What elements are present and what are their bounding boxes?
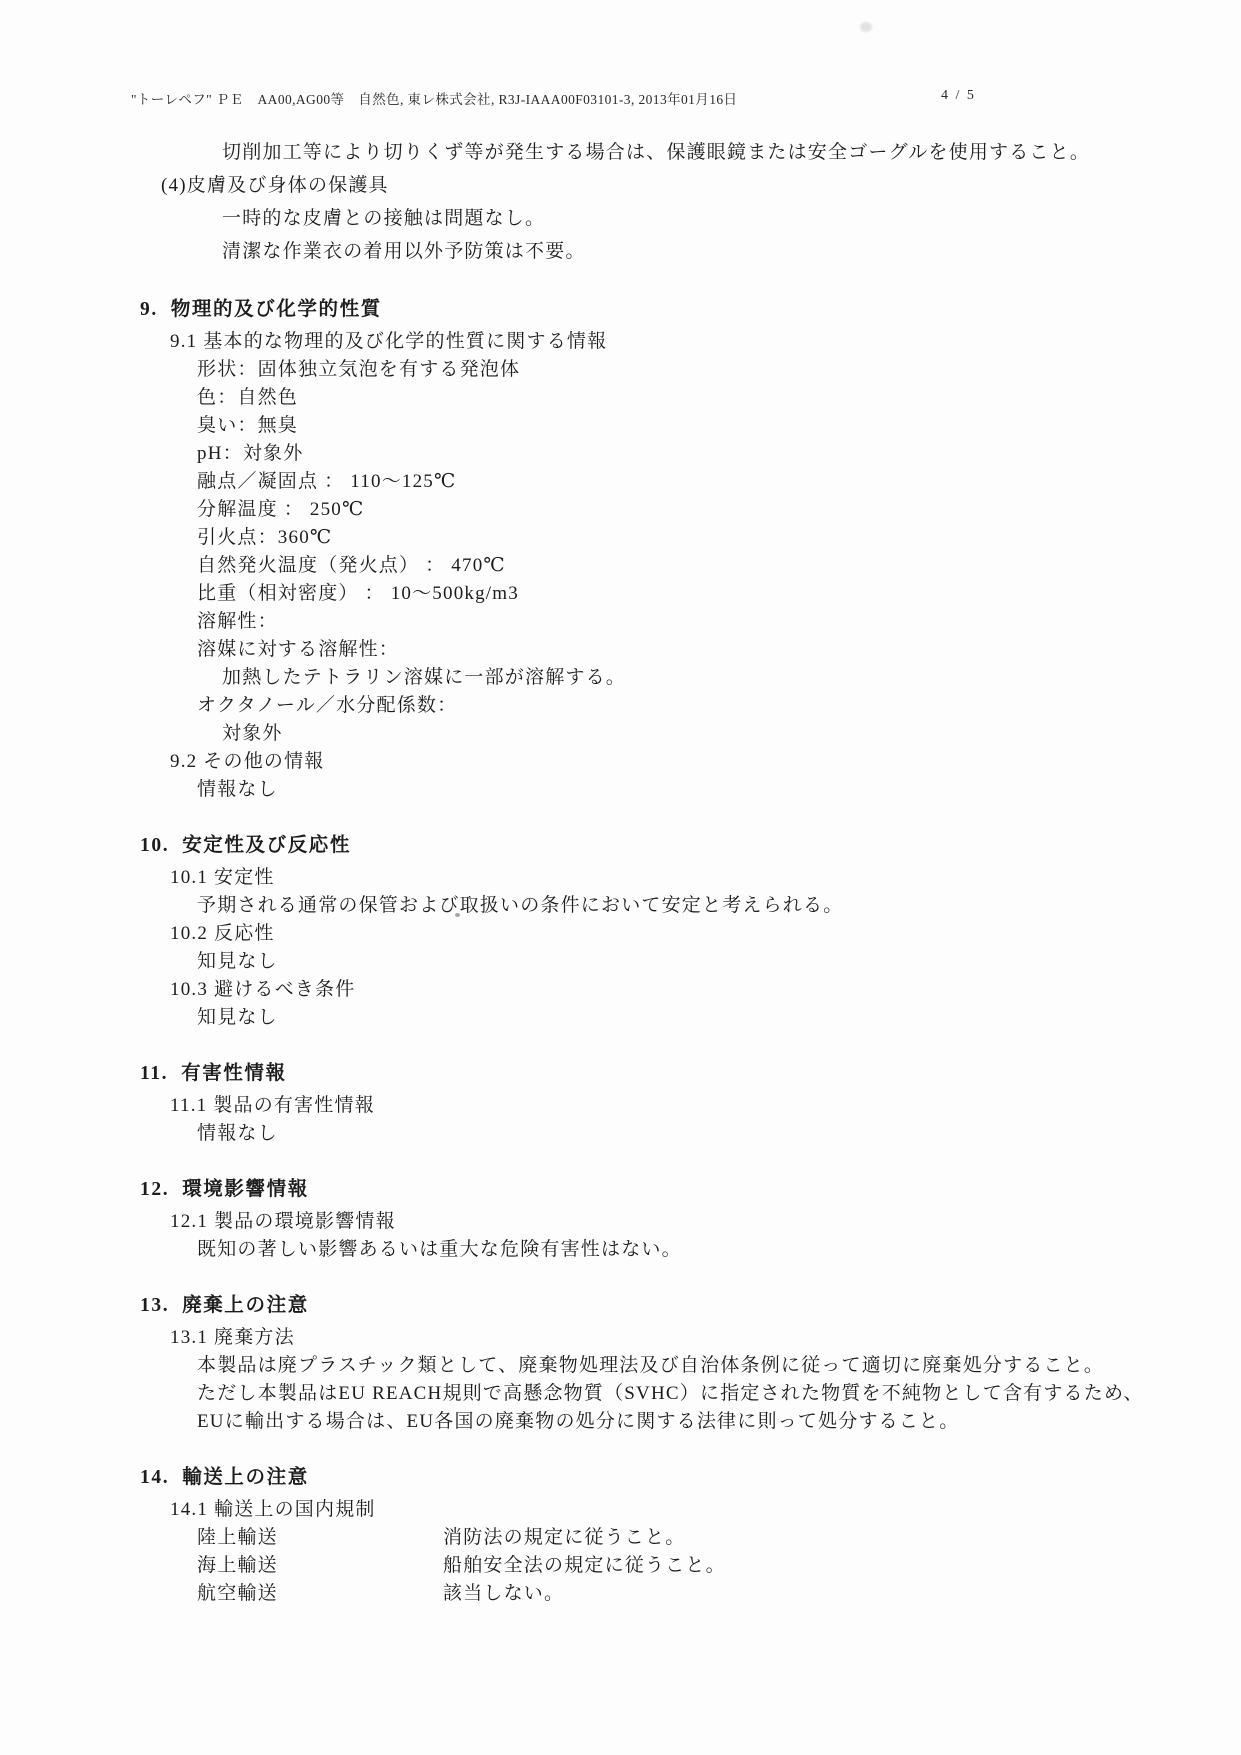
section-number: 11. [140, 1063, 168, 1084]
section-title: 輸送上の注意 [182, 1467, 309, 1488]
section-title: 有害性情報 [181, 1063, 287, 1084]
section-number: 12. [140, 1179, 169, 1200]
text-line: 引火点：360℃ [127, 524, 1187, 552]
document-reference: "トーレペフ" ＰＥ AA00,AG00等 自然色, 東レ株式会社, R3J-I… [131, 92, 737, 107]
text-line: 12.1 製品の環境影響情報 [127, 1208, 1187, 1236]
text-line: 予期される通常の保管および取扱いの条件において安定と考えられる。 [127, 892, 1187, 920]
text-line: 対象外 [127, 720, 1187, 748]
section-lines: 11.1 製品の有害性情報情報なし [127, 1092, 1187, 1148]
section-heading: 10.安定性及び反応性 [127, 831, 1187, 861]
text-line: 9.1 基本的な物理的及び化学的性質に関する情報 [127, 328, 1187, 356]
text-line: 10.3 避けるべき条件 [127, 976, 1187, 1004]
text-line: 10.1 安定性 [127, 864, 1187, 892]
text-line: 10.2 反応性 [127, 920, 1187, 948]
section-title: 物理的及び化学的性質 [171, 299, 382, 320]
text-line: オクタノール／水分配係数： [127, 692, 1187, 720]
section-11-toxicological-information: 11.有害性情報 11.1 製品の有害性情報情報なし [127, 1059, 1187, 1148]
text-line: 情報なし [127, 776, 1187, 804]
text-line: 切削加工等により切りくず等が発生する場合は、保護眼鏡または安全ゴーグルを使用する… [127, 136, 1187, 169]
transport-rule-text: 該当しない。 [443, 1583, 564, 1604]
text-line: 本製品は廃プラスチック類として、廃棄物処理法及び自治体条例に従って適切に廃棄処分… [127, 1352, 1187, 1380]
section-14-transport-information: 14.輸送上の注意 14.1 輸送上の国内規制陸上輸送消防法の規定に従うこと。海… [127, 1463, 1187, 1608]
page-number: 4 / 5 [941, 88, 976, 104]
section-10-stability-reactivity: 10.安定性及び反応性 10.1 安定性予期される通常の保管および取扱いの条件に… [127, 831, 1187, 1032]
section-heading: 12.環境影響情報 [127, 1175, 1187, 1205]
section-title: 廃棄上の注意 [182, 1295, 309, 1316]
text-line: 自然発火温度（発火点） ： 470℃ [127, 552, 1187, 580]
text-line: 情報なし [127, 1120, 1187, 1148]
transport-row: 陸上輸送消防法の規定に従うこと。 [127, 1524, 1187, 1552]
text-line: (4)皮膚及び身体の保護具 [127, 169, 1187, 202]
text-line: 13.1 廃棄方法 [127, 1324, 1187, 1352]
scan-artifact-dot [455, 913, 460, 917]
text-line: 色：自然色 [127, 384, 1187, 412]
transport-row: 海上輸送船舶安全法の規定に従うこと。 [127, 1552, 1187, 1580]
section-number: 9. [140, 299, 158, 320]
text-line: 既知の著しい影響あるいは重大な危険有害性はない。 [127, 1236, 1187, 1264]
text-line: 融点／凝固点 ： 110～125℃ [127, 468, 1187, 496]
document-body: 切削加工等により切りくず等が発生する場合は、保護眼鏡または安全ゴーグルを使用する… [127, 136, 1187, 1608]
section-number: 13. [140, 1295, 169, 1316]
document-page: "トーレペフ" ＰＥ AA00,AG00等 自然色, 東レ株式会社, R3J-I… [0, 0, 1241, 1755]
text-line: 加熱したテトラリン溶媒に一部が溶解する。 [127, 664, 1187, 692]
section-heading: 14.輸送上の注意 [127, 1463, 1187, 1493]
transport-mode-label: 航空輸送 [197, 1580, 443, 1608]
section8-continuation: 切削加工等により切りくず等が発生する場合は、保護眼鏡または安全ゴーグルを使用する… [127, 136, 1187, 268]
text-line: 溶媒に対する溶解性： [127, 636, 1187, 664]
scan-artifact-smudge [860, 22, 872, 32]
text-line: 分解温度 ： 250℃ [127, 496, 1187, 524]
transport-rule-text: 消防法の規定に従うこと。 [443, 1527, 685, 1548]
section-lines: 12.1 製品の環境影響情報既知の著しい影響あるいは重大な危険有害性はない。 [127, 1208, 1187, 1264]
text-line: EUに輸出する場合は、EU各国の廃棄物の処分に関する法律に則って処分すること。 [127, 1408, 1187, 1436]
text-line: 9.2 その他の情報 [127, 748, 1187, 776]
text-line: 清潔な作業衣の着用以外予防策は不要。 [127, 235, 1187, 268]
text-line: 比重（相対密度） ： 10～500kg/m3 [127, 580, 1187, 608]
text-line: pH：対象外 [127, 440, 1187, 468]
text-line: 溶解性： [127, 608, 1187, 636]
section-12-ecological-information: 12.環境影響情報 12.1 製品の環境影響情報既知の著しい影響あるいは重大な危… [127, 1175, 1187, 1264]
section-lines: 9.1 基本的な物理的及び化学的性質に関する情報形状：固体独立気泡を有する発泡体… [127, 328, 1187, 804]
transport-rule-text: 船舶安全法の規定に従うこと。 [443, 1555, 726, 1576]
text-line: 形状：固体独立気泡を有する発泡体 [127, 356, 1187, 384]
text-line: 11.1 製品の有害性情報 [127, 1092, 1187, 1120]
section-number: 10. [140, 835, 169, 856]
section-heading: 11.有害性情報 [127, 1059, 1187, 1089]
section-lines: 10.1 安定性予期される通常の保管および取扱いの条件において安定と考えられる。… [127, 864, 1187, 1032]
text-line: 一時的な皮膚との接触は問題なし。 [127, 202, 1187, 235]
text-line: ただし本製品はEU REACH規則で高懸念物質（SVHC）に指定された物質を不純… [127, 1380, 1187, 1408]
section-13-disposal-considerations: 13.廃棄上の注意 13.1 廃棄方法本製品は廃プラスチック類として、廃棄物処理… [127, 1291, 1187, 1436]
section-number: 14. [140, 1467, 169, 1488]
text-line: 知見なし [127, 948, 1187, 976]
transport-mode-label: 陸上輸送 [197, 1524, 443, 1552]
section-lines: 14.1 輸送上の国内規制陸上輸送消防法の規定に従うこと。海上輸送船舶安全法の規… [127, 1496, 1187, 1608]
section-title: 安定性及び反応性 [182, 835, 351, 856]
text-line: 知見なし [127, 1004, 1187, 1032]
section-lines: 13.1 廃棄方法本製品は廃プラスチック類として、廃棄物処理法及び自治体条例に従… [127, 1324, 1187, 1436]
section-heading: 13.廃棄上の注意 [127, 1291, 1187, 1321]
page-header: "トーレペフ" ＰＥ AA00,AG00等 自然色, 東レ株式会社, R3J-I… [131, 88, 737, 108]
section-9-physical-chemical-properties: 9.物理的及び化学的性質 9.1 基本的な物理的及び化学的性質に関する情報形状：… [127, 295, 1187, 804]
text-line: 臭い：無臭 [127, 412, 1187, 440]
text-line: 14.1 輸送上の国内規制 [127, 1496, 1187, 1524]
section-title: 環境影響情報 [182, 1179, 309, 1200]
transport-mode-label: 海上輸送 [197, 1552, 443, 1580]
section-heading: 9.物理的及び化学的性質 [127, 295, 1187, 325]
transport-row: 航空輸送該当しない。 [127, 1580, 1187, 1608]
